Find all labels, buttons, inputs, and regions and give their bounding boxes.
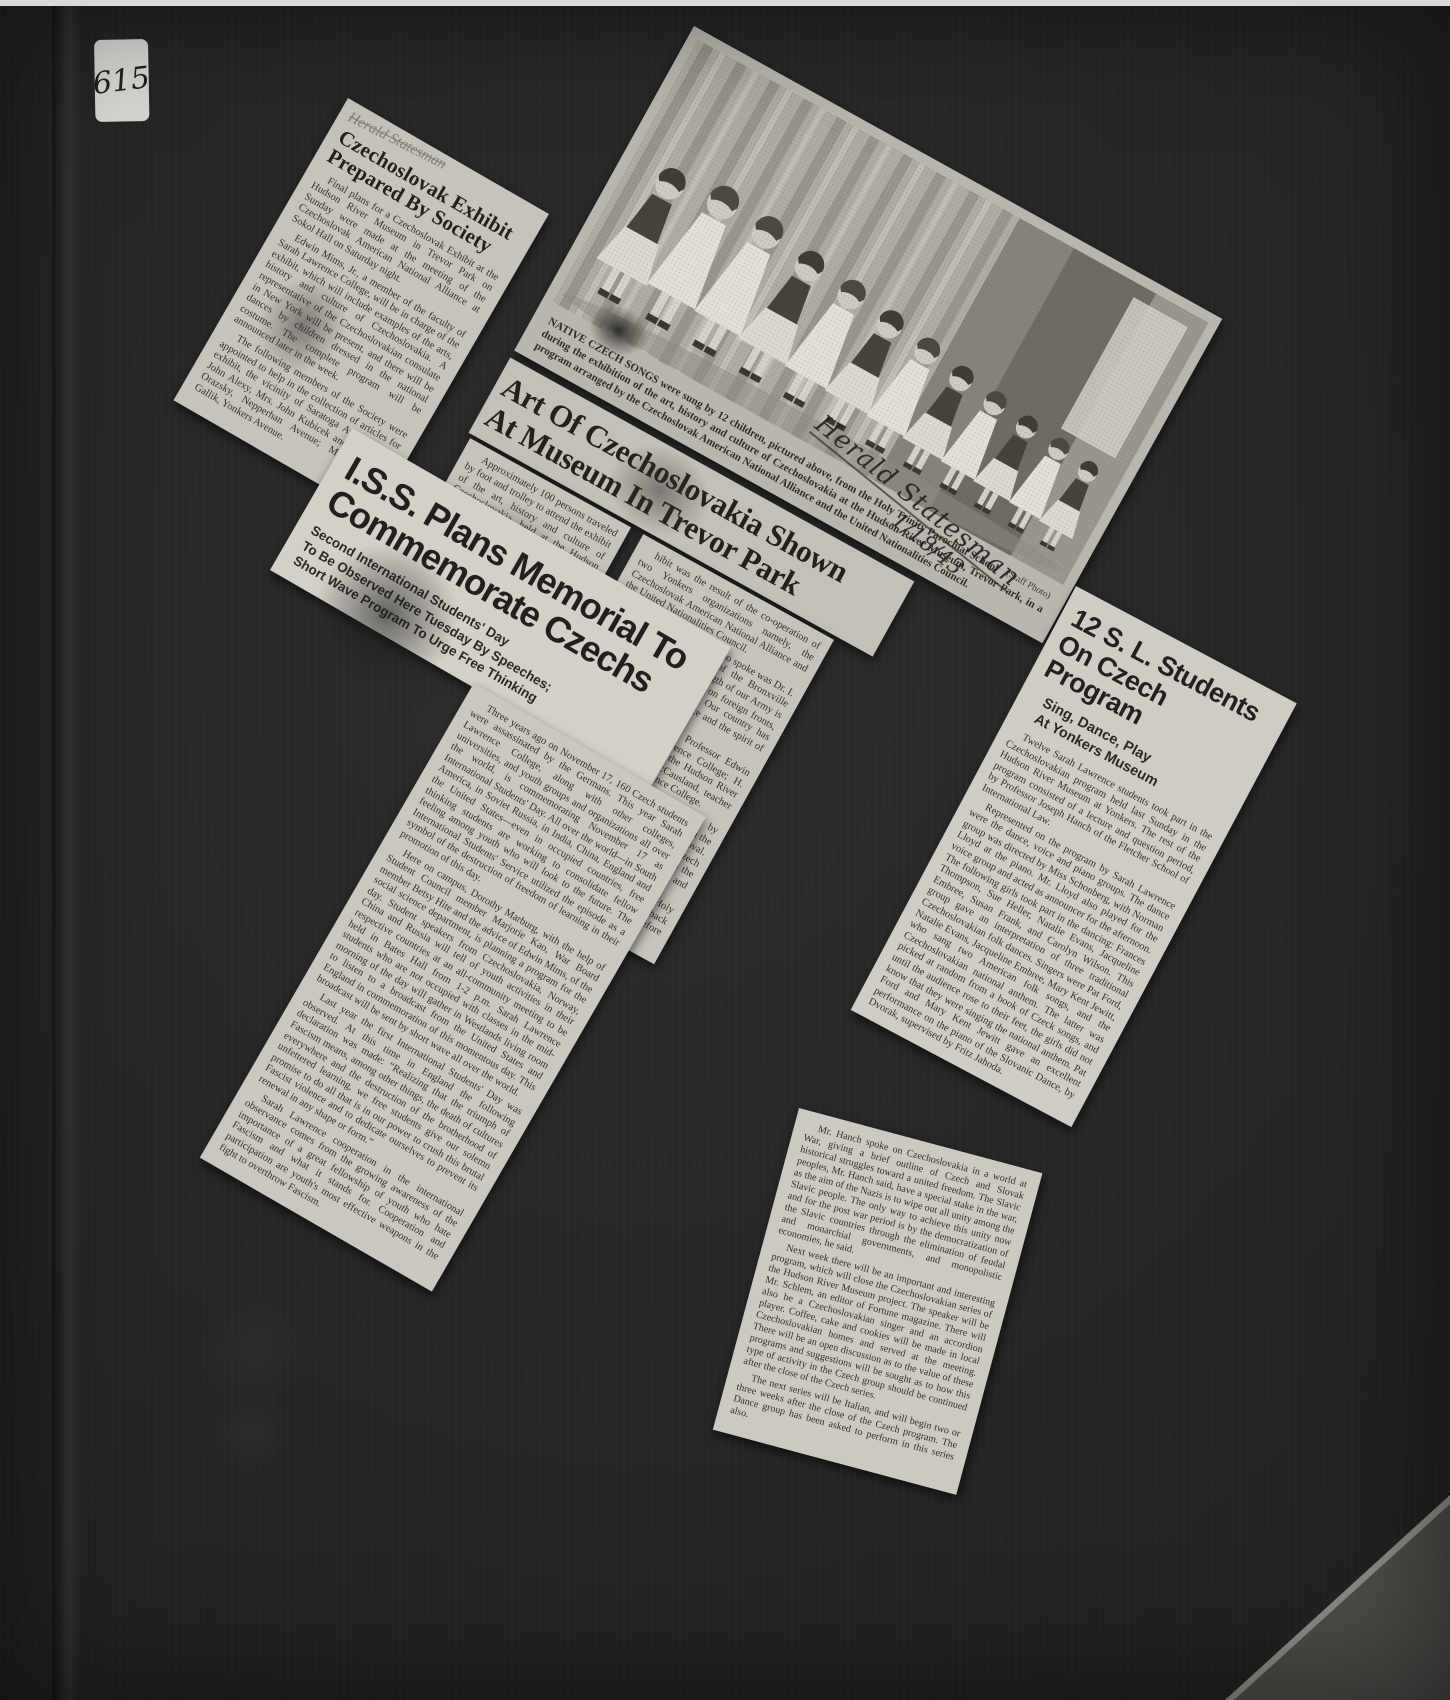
clipping-12-sl-students-bottom: Mr. Hanch spoke on Czechoslovakia in a w… bbox=[713, 1108, 1043, 1495]
scrapbook-page: 615 Herald Statesman Czechoslovak Exhibi… bbox=[0, 0, 1450, 1700]
ink-stain bbox=[147, 1236, 362, 1458]
page-binding-fold bbox=[52, 0, 82, 1700]
scan-edge bbox=[0, 0, 1450, 6]
page-number: 615 bbox=[91, 60, 152, 102]
page-number-sticker: 615 bbox=[94, 39, 149, 122]
students-body-bottom: Mr. Hanch spoke on Czechoslovakia in a w… bbox=[713, 1108, 1043, 1495]
iss-body: Three years ago on November 17, 160 Czec… bbox=[200, 683, 706, 1292]
ink-stain bbox=[174, 1353, 329, 1512]
